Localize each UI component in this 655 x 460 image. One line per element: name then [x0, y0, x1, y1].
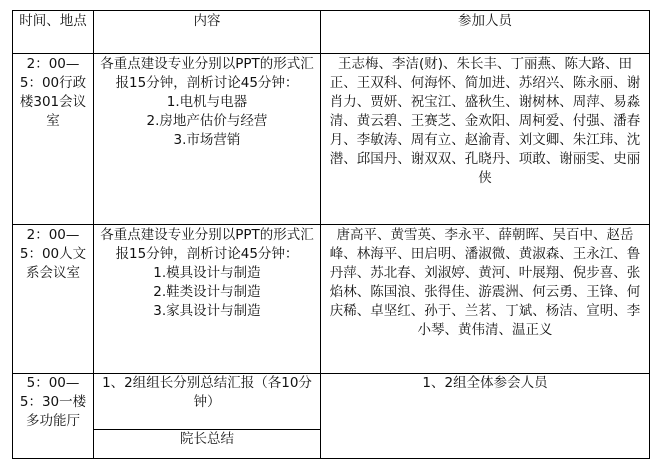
content-item: 2.鞋类设计与制造	[98, 283, 316, 302]
content-cell: 各重点建设专业分别以PPT的形式汇报15分钟，剖析讨论45分钟： 1.模具设计与…	[94, 225, 321, 374]
content-intro: 各重点建设专业分别以PPT的形式汇报15分钟，剖析讨论45分钟：	[98, 55, 316, 93]
participants-cell: 唐高平、黄雪英、李永平、薛朝晖、吴百中、赵岳峰、林海平、田启明、潘淑微、黄淑森、…	[321, 225, 650, 374]
schedule-table: 时间、地点 内容 参加人员 2：00—5：00行政楼301会议室 各重点建设专业…	[12, 10, 650, 459]
table-row: 5：00—5：30一楼多功能厅 1、2组组长分别总结汇报（各10分钟） 1、2组…	[13, 374, 650, 430]
content-item: 3.家具设计与制造	[98, 302, 316, 321]
content-intro: 各重点建设专业分别以PPT的形式汇报15分钟，剖析讨论45分钟：	[98, 226, 316, 264]
time-place-cell: 5：00—5：30一楼多功能厅	[13, 374, 94, 459]
header-participants: 参加人员	[321, 11, 650, 54]
header-content: 内容	[94, 11, 321, 54]
content-item: 2.房地产估价与经营	[98, 112, 316, 131]
participants-cell: 王志梅、李洁(财)、朱长丰、丁丽燕、陈大路、田正、王双科、何海怀、简加进、苏绍兴…	[321, 54, 650, 225]
content-item: 1.电机与电器	[98, 93, 316, 112]
content-item: 1.模具设计与制造	[98, 264, 316, 283]
content-cell: 院长总结	[94, 430, 321, 459]
content-cell: 各重点建设专业分别以PPT的形式汇报15分钟，剖析讨论45分钟： 1.电机与电器…	[94, 54, 321, 225]
content-item: 3.市场营销	[98, 131, 316, 150]
content-cell: 1、2组组长分别总结汇报（各10分钟）	[94, 374, 321, 430]
time-place-cell: 2：00—5：00人文系会议室	[13, 225, 94, 374]
time-place-cell: 2：00—5：00行政楼301会议室	[13, 54, 94, 225]
header-row: 时间、地点 内容 参加人员	[13, 11, 650, 54]
header-time-place: 时间、地点	[13, 11, 94, 54]
participants-cell: 1、2组全体参会人员	[321, 374, 650, 459]
table-row: 2：00—5：00行政楼301会议室 各重点建设专业分别以PPT的形式汇报15分…	[13, 54, 650, 225]
table-row: 2：00—5：00人文系会议室 各重点建设专业分别以PPT的形式汇报15分钟，剖…	[13, 225, 650, 374]
